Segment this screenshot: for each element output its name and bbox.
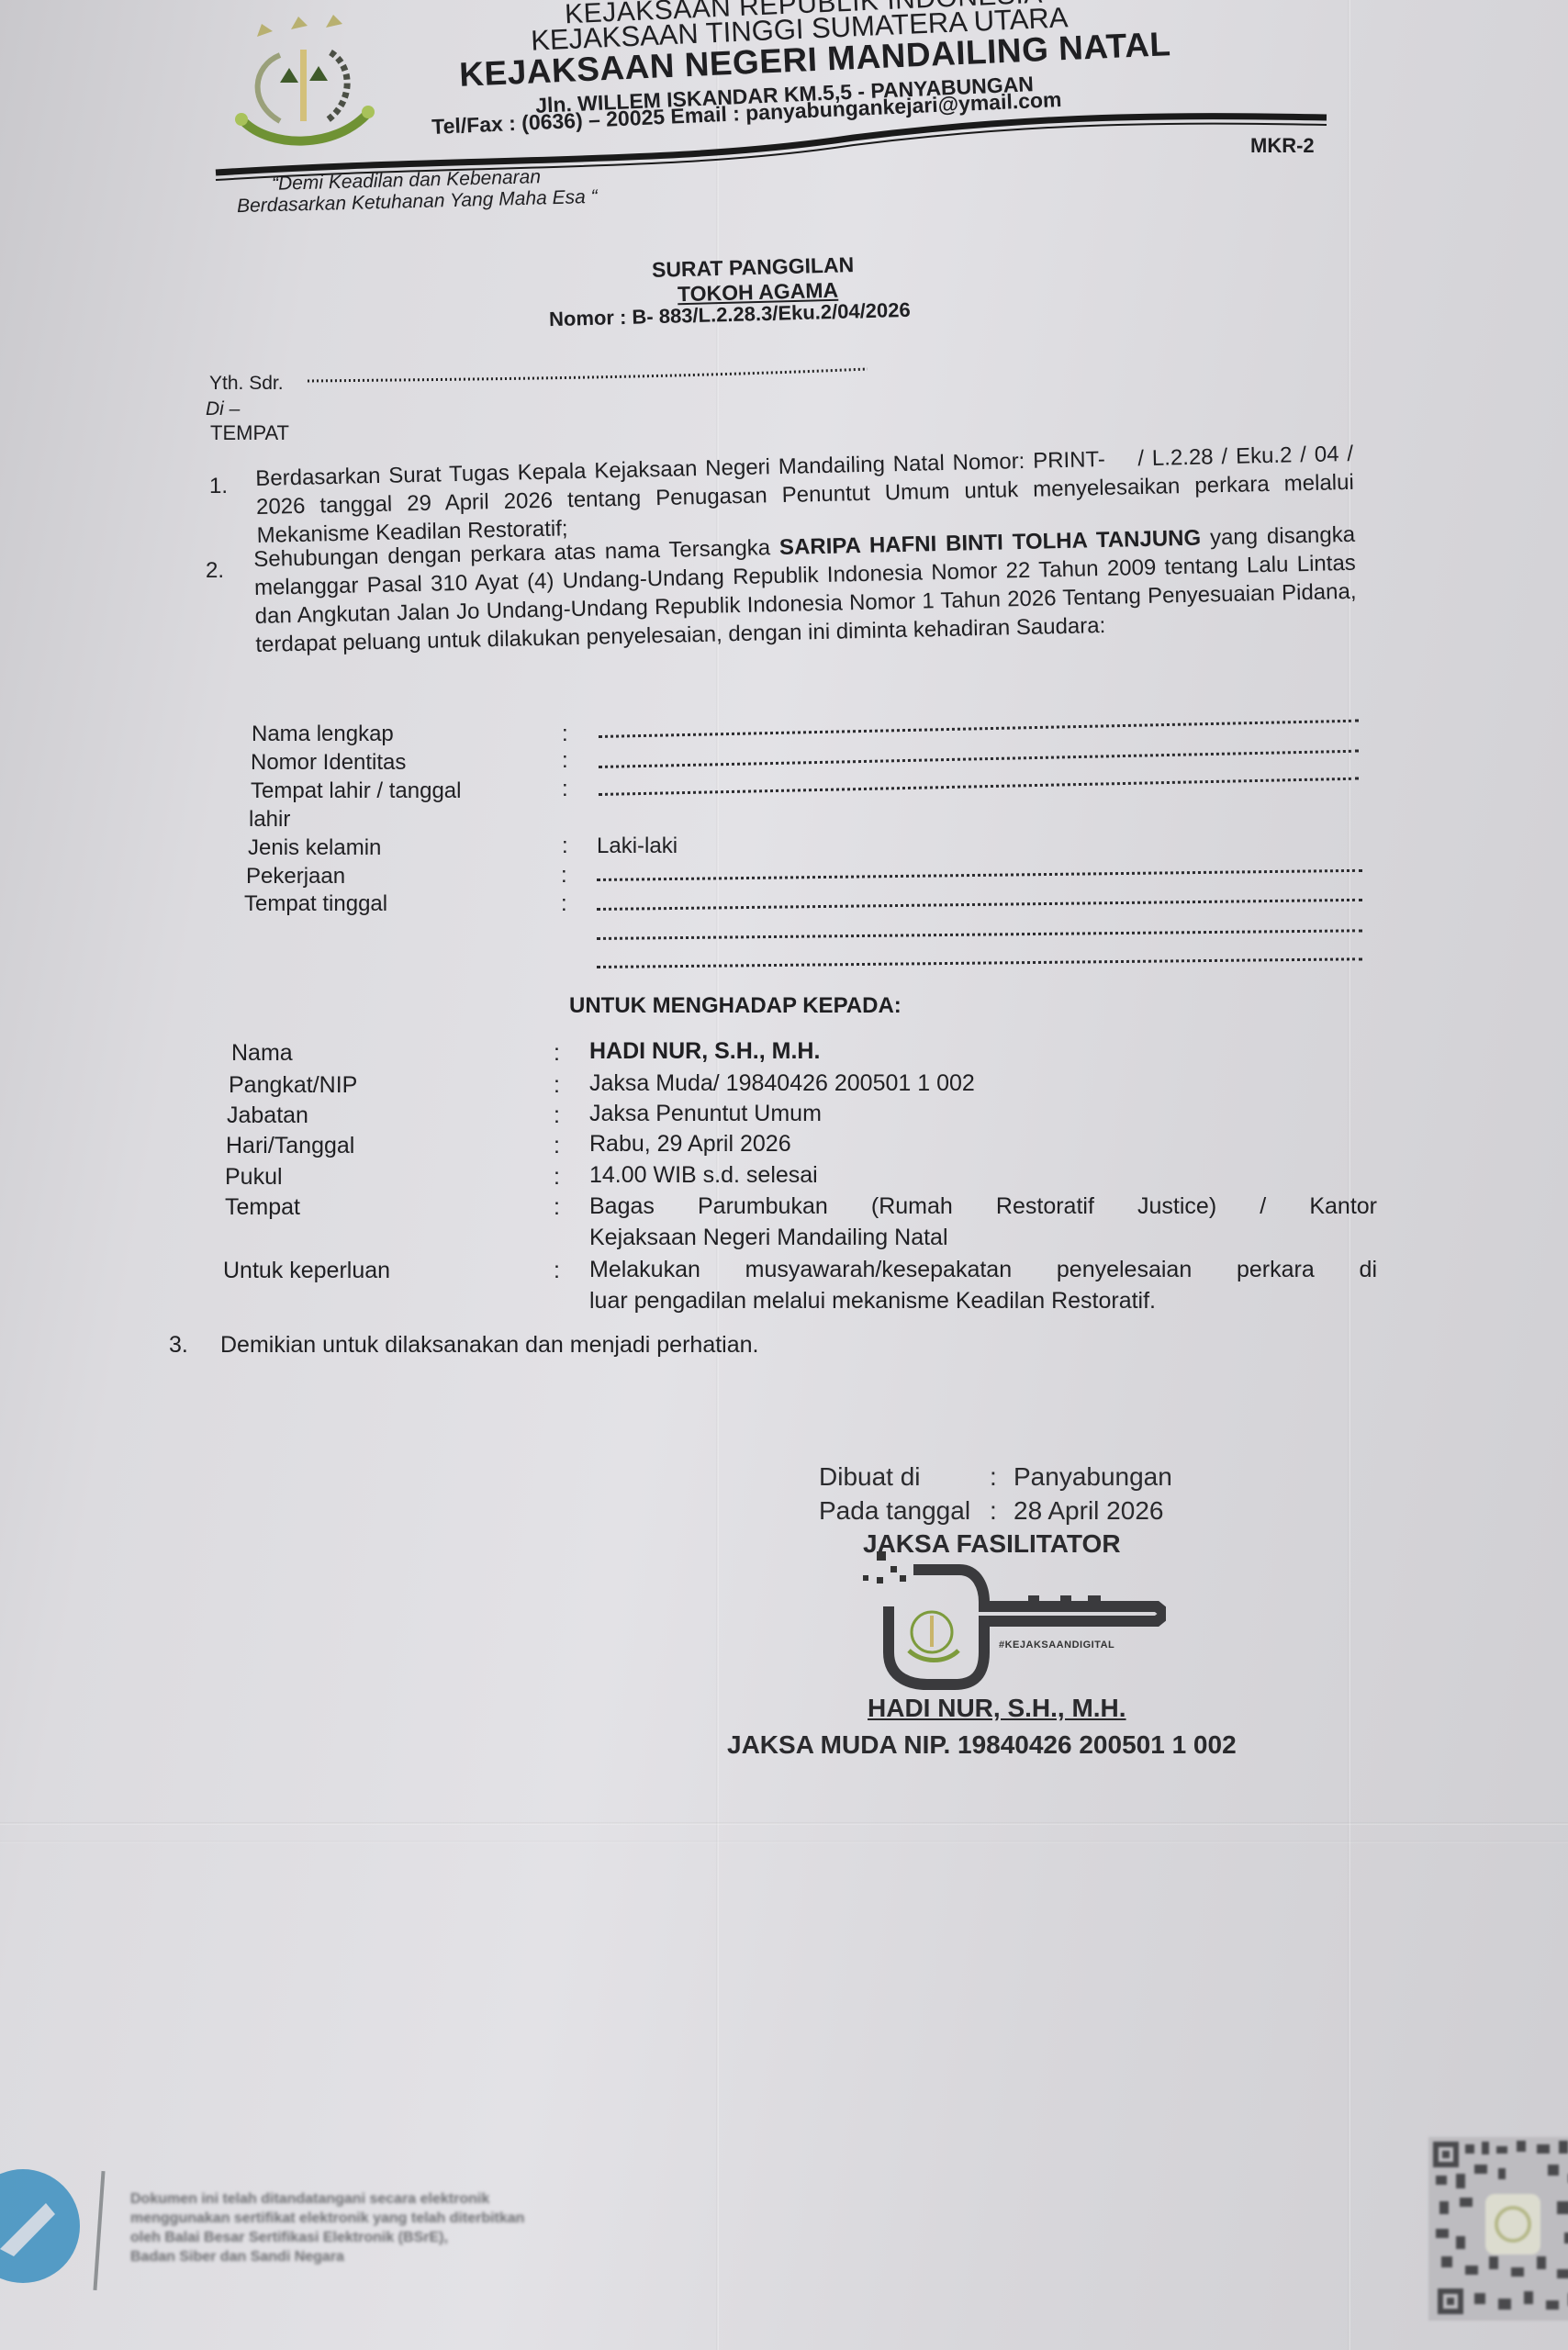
row-label-purpose: Untuk keperluan	[223, 1258, 390, 1284]
row-colon: :	[554, 1164, 560, 1191]
row-colon: :	[554, 1194, 560, 1221]
esign-notice-line: Badan Siber dan Sandi Negara	[130, 2247, 700, 2266]
paragraph-3-number: 3.	[169, 1332, 188, 1359]
field-colon: :	[562, 777, 568, 802]
addressee-label: Yth. Sdr.	[209, 373, 284, 395]
sig-colon: :	[990, 1462, 997, 1492]
field-blank-residence-1	[597, 895, 1362, 911]
sig-colon: :	[990, 1496, 997, 1526]
paragraph-1-number: 1.	[209, 474, 228, 499]
addressee-blank-line	[308, 365, 868, 384]
made-at-label: Dibuat di	[819, 1462, 921, 1492]
row-value-day-date: Rabu, 29 April 2026	[589, 1131, 791, 1158]
row-value-position: Jaksa Penuntut Umum	[589, 1101, 822, 1127]
row-value-place-cont: Kejaksaan Negeri Mandailing Natal	[589, 1225, 948, 1251]
row-colon: :	[554, 1133, 560, 1159]
field-label-full-name: Nama lengkap	[252, 722, 394, 747]
row-colon: :	[554, 1040, 560, 1067]
field-colon: :	[561, 863, 567, 889]
row-label-time: Pukul	[225, 1164, 283, 1191]
row-colon: :	[554, 1102, 560, 1129]
esign-notice-line: Dokumen ini telah ditandatangani secara …	[130, 2189, 700, 2209]
field-label-birth-cont: lahir	[249, 807, 290, 833]
esign-notice-line: oleh Balai Besar Sertifikasi Elektronik …	[130, 2228, 700, 2247]
row-label-position: Jabatan	[227, 1102, 308, 1129]
bsre-logo-icon	[0, 2166, 83, 2286]
field-blank-id-number	[599, 746, 1359, 768]
date-value: 28 April 2026	[1014, 1496, 1163, 1526]
appear-before-heading: UNTUK MENGHADAP KEPADA:	[569, 993, 902, 1019]
stamp-tag: #KEJAKSAANDIGITAL	[999, 1639, 1114, 1651]
esign-notice: Dokumen ini telah ditandatangani secara …	[130, 2189, 700, 2266]
field-colon: :	[561, 891, 567, 917]
field-blank-birth	[599, 774, 1359, 796]
row-value-purpose-cont: luar pengadilan melalui mekanisme Keadil…	[589, 1288, 1156, 1315]
row-label-place: Tempat	[225, 1194, 300, 1221]
field-label-id-number: Nomor Identitas	[251, 750, 406, 776]
row-value-time: 14.00 WIB s.d. selesai	[589, 1162, 818, 1189]
field-blank-occupation	[597, 866, 1362, 881]
field-value-gender: Laki-laki	[597, 834, 678, 859]
footer-divider	[93, 2171, 105, 2290]
paragraph-2: Sehubungan dengan perkara atas nama Ters…	[253, 520, 1358, 659]
paragraph-2-number: 2.	[206, 558, 224, 584]
field-label-birth: Tempat lahir / tanggal	[251, 778, 461, 804]
field-colon: :	[562, 748, 568, 774]
field-blank-residence-3	[597, 954, 1362, 968]
field-label-residence: Tempat tinggal	[244, 891, 387, 917]
signer-nip: JAKSA MUDA NIP. 19840426 200501 1 002	[727, 1730, 1237, 1760]
digital-signature-key-stamp-icon	[863, 1551, 1166, 1698]
form-code: MKR-2	[1250, 134, 1315, 158]
signer-name: HADI NUR, S.H., M.H.	[868, 1694, 1126, 1723]
made-at-value: Panyabungan	[1014, 1462, 1172, 1492]
esign-notice-line: menggunakan sertifikat elektronik yang t…	[130, 2209, 700, 2228]
addressee-di: Di –	[206, 398, 240, 420]
row-colon: :	[554, 1072, 560, 1099]
row-label-rank-nip: Pangkat/NIP	[229, 1072, 357, 1099]
field-label-occupation: Pekerjaan	[246, 864, 345, 890]
qr-code-icon	[1428, 2137, 1568, 2321]
field-blank-residence-2	[597, 925, 1362, 940]
row-colon: :	[554, 1258, 560, 1284]
row-label-name: Nama	[231, 1040, 293, 1067]
date-label: Pada tanggal	[819, 1496, 970, 1526]
row-value-purpose: Melakukan musyawarah/kesepakatan penyele…	[589, 1257, 1377, 1283]
row-value-place: Bagas Parumbukan (Rumah Restoratif Justi…	[589, 1193, 1377, 1220]
field-label-gender: Jenis kelamin	[248, 835, 381, 861]
addressee-place: TEMPAT	[210, 421, 289, 445]
field-blank-full-name	[599, 716, 1359, 738]
row-label-day-date: Hari/Tanggal	[226, 1133, 354, 1159]
closing-statement: Demikian untuk dilaksanakan dan menjadi …	[220, 1332, 758, 1359]
field-colon: :	[562, 834, 568, 859]
row-value-name: HADI NUR, S.H., M.H.	[589, 1038, 820, 1065]
row-value-rank-nip: Jaksa Muda/ 19840426 200501 1 002	[589, 1070, 975, 1097]
letter-number: Nomor : B- 883/L.2.28.3/Eku.2/04/2026	[549, 298, 911, 331]
field-colon: :	[562, 722, 568, 747]
